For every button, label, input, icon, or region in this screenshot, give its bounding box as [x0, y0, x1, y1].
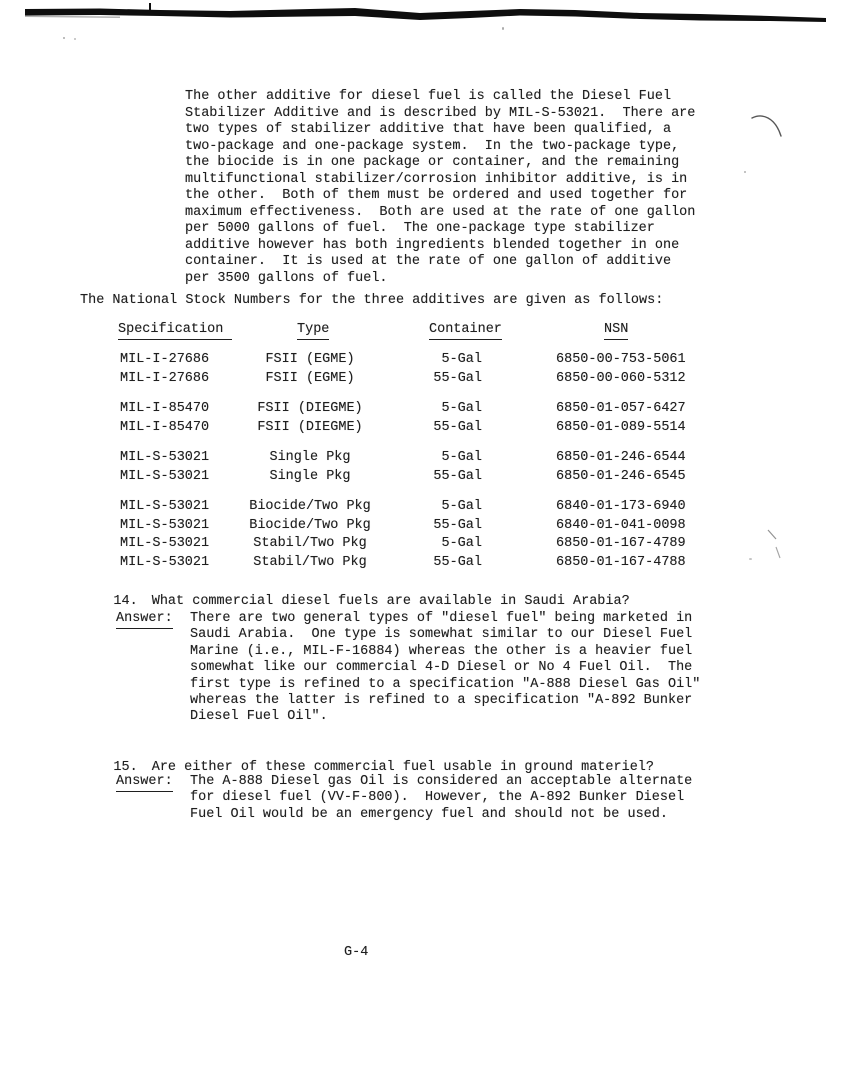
paragraph-line: Stabilizer Additive and is described by … — [185, 106, 695, 123]
cell-specification: MIL-I-27686 — [120, 352, 209, 368]
cell-type: FSII (DIEGME) — [240, 401, 380, 417]
paragraph-line: the biocide is in one package or contain… — [185, 155, 695, 172]
cell-specification: MIL-S-53021 — [120, 536, 209, 552]
cell-type: Single Pkg — [240, 450, 380, 466]
cell-specification: MIL-S-53021 — [120, 469, 209, 485]
table-row: MIL-S-53021Stabil/Two Pkg5-Gal6850-01-16… — [0, 536, 850, 555]
answer-line: whereas the latter is refined to a speci… — [190, 693, 700, 709]
paragraph-line: per 5000 gallons of fuel. The one-packag… — [185, 221, 695, 238]
cell-specification: MIL-I-85470 — [120, 401, 209, 417]
cell-nsn: 6850-01-089-5514 — [556, 420, 686, 436]
cell-nsn: 6850-01-057-6427 — [556, 401, 686, 417]
answer-line: There are two general types of "diesel f… — [190, 611, 700, 627]
cell-nsn: 6840-01-041-0098 — [556, 518, 686, 534]
cell-nsn: 6850-01-246-6544 — [556, 450, 686, 466]
cell-type: Biocide/Two Pkg — [240, 499, 380, 515]
nsn-table-header: Specification Type Container NSN — [0, 322, 850, 342]
cell-container: 55-Gal — [400, 518, 482, 534]
table-row: MIL-S-53021Single Pkg5-Gal6850-01-246-65… — [0, 450, 850, 469]
cell-specification: MIL-S-53021 — [120, 499, 209, 515]
cell-specification: MIL-S-53021 — [120, 555, 209, 571]
paragraph-line: two types of stabilizer additive that ha… — [185, 122, 695, 139]
nsn-table-body: MIL-I-27686FSII (EGME)5-Gal6850-00-753-5… — [0, 352, 850, 585]
cell-container: 55-Gal — [400, 555, 482, 571]
table-row: MIL-I-27686FSII (EGME)55-Gal6850-00-060-… — [0, 371, 850, 390]
cell-type: Stabil/Two Pkg — [240, 555, 380, 571]
cell-container: 5-Gal — [400, 536, 482, 552]
answer-line: Diesel Fuel Oil". — [190, 709, 700, 725]
scan-artifact-band-icon — [0, 0, 850, 60]
cell-container: 55-Gal — [400, 420, 482, 436]
cell-type: Biocide/Two Pkg — [240, 518, 380, 534]
cell-container: 55-Gal — [400, 371, 482, 387]
cell-nsn: 6840-01-173-6940 — [556, 499, 686, 515]
table-row: MIL-S-53021Biocide/Two Pkg55-Gal6840-01-… — [0, 518, 850, 537]
table-intro-line: The National Stock Numbers for the three… — [80, 293, 663, 309]
cell-type: FSII (EGME) — [240, 371, 380, 387]
cell-container: 55-Gal — [400, 469, 482, 485]
column-header-nsn: NSN — [604, 322, 628, 340]
cell-container: 5-Gal — [400, 401, 482, 417]
cell-type: FSII (EGME) — [240, 352, 380, 368]
answer-line: Saudi Arabia. One type is somewhat simil… — [190, 627, 700, 643]
paragraph-line: per 3500 gallons of fuel. — [185, 271, 695, 288]
table-row: MIL-I-85470FSII (DIEGME)5-Gal6850-01-057… — [0, 401, 850, 420]
answer-14-label: Answer: — [116, 611, 173, 629]
cell-container: 5-Gal — [400, 499, 482, 515]
question-14-number: 14. — [113, 594, 137, 610]
answer-15-label: Answer: — [116, 774, 173, 792]
cell-container: 5-Gal — [400, 352, 482, 368]
answer-15-body: The A-888 Diesel gas Oil is considered a… — [190, 774, 692, 823]
answer-line: first type is refined to a specification… — [190, 677, 700, 693]
cell-nsn: 6850-01-167-4789 — [556, 536, 686, 552]
column-header-type: Type — [297, 322, 329, 340]
paragraph-line: multifunctional stabilizer/corrosion inh… — [185, 172, 695, 189]
table-group: MIL-I-27686FSII (EGME)5-Gal6850-00-753-5… — [0, 352, 850, 389]
table-row: MIL-S-53021Stabil/Two Pkg55-Gal6850-01-1… — [0, 555, 850, 574]
table-group: MIL-I-85470FSII (DIEGME)5-Gal6850-01-057… — [0, 401, 850, 438]
cell-type: Single Pkg — [240, 469, 380, 485]
table-group: MIL-S-53021Biocide/Two Pkg5-Gal6840-01-1… — [0, 499, 850, 573]
document-page: The other additive for diesel fuel is ca… — [0, 0, 850, 1082]
table-row: MIL-S-53021Single Pkg55-Gal6850-01-246-6… — [0, 469, 850, 488]
question-14-text: What commercial diesel fuels are availab… — [152, 594, 630, 610]
cell-container: 5-Gal — [400, 450, 482, 466]
table-row: MIL-S-53021Biocide/Two Pkg5-Gal6840-01-1… — [0, 499, 850, 518]
paragraph-line: The other additive for diesel fuel is ca… — [185, 89, 695, 106]
paragraph-line: maximum effectiveness. Both are used at … — [185, 205, 695, 222]
cell-specification: MIL-S-53021 — [120, 450, 209, 466]
cell-specification: MIL-I-85470 — [120, 420, 209, 436]
answer-line: somewhat like our commercial 4-D Diesel … — [190, 660, 700, 676]
scan-speck-icon — [74, 38, 76, 40]
scan-speck-icon — [502, 27, 504, 30]
table-row: MIL-I-27686FSII (EGME)5-Gal6850-00-753-5… — [0, 352, 850, 371]
paragraph-line: container. It is used at the rate of one… — [185, 254, 695, 271]
paragraph-line: additive however has both ingredients bl… — [185, 238, 695, 255]
scan-speck-icon — [63, 37, 65, 39]
column-header-specification: Specification — [118, 322, 232, 340]
cell-type: Stabil/Two Pkg — [240, 536, 380, 552]
column-header-container: Container — [429, 322, 502, 340]
answer-line: Fuel Oil would be an emergency fuel and … — [190, 807, 692, 823]
table-group: MIL-S-53021Single Pkg5-Gal6850-01-246-65… — [0, 450, 850, 487]
cell-type: FSII (DIEGME) — [240, 420, 380, 436]
cell-specification: MIL-I-27686 — [120, 371, 209, 387]
answer-line: for diesel fuel (VV-F-800). However, the… — [190, 790, 692, 806]
cell-nsn: 6850-01-246-6545 — [556, 469, 686, 485]
cell-specification: MIL-S-53021 — [120, 518, 209, 534]
cell-nsn: 6850-00-060-5312 — [556, 371, 686, 387]
answer-14-body: There are two general types of "diesel f… — [190, 611, 700, 726]
scan-speck-icon — [744, 171, 746, 173]
paragraph-line: the other. Both of them must be ordered … — [185, 188, 695, 205]
cell-nsn: 6850-01-167-4788 — [556, 555, 686, 571]
cell-nsn: 6850-00-753-5061 — [556, 352, 686, 368]
table-row: MIL-I-85470FSII (DIEGME)55-Gal6850-01-08… — [0, 420, 850, 439]
answer-line: Marine (i.e., MIL-F-16884) whereas the o… — [190, 644, 700, 660]
paragraph-line: two-package and one-package system. In t… — [185, 139, 695, 156]
intro-paragraph: The other additive for diesel fuel is ca… — [185, 89, 695, 287]
page-number: G-4 — [344, 945, 368, 961]
answer-line: The A-888 Diesel gas Oil is considered a… — [190, 774, 692, 790]
